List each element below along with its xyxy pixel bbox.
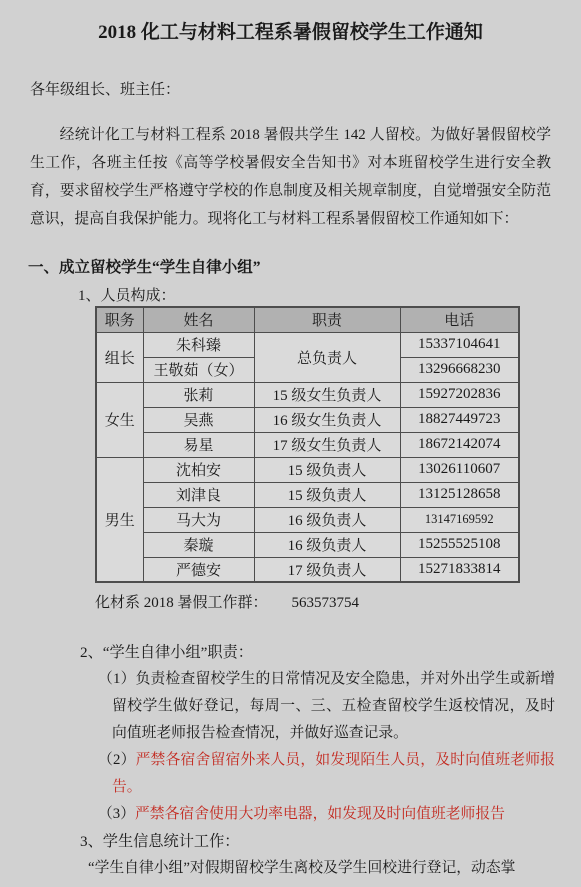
duty-item-2-number: （2） — [98, 752, 136, 768]
table-row: 吴燕 16 级女生负责人 18827449723 — [96, 407, 519, 432]
section1-heading: 一、成立留校学生“学生自律小组” — [28, 257, 553, 278]
cell-duty: 17 级女生负责人 — [254, 432, 400, 457]
cell-duty: 15 级负责人 — [254, 482, 400, 507]
cell-name: 张莉 — [143, 382, 254, 407]
personnel-table: 职务 姓名 职责 电话 组长 朱科臻 总负责人 15337104641 王敬茹（… — [95, 306, 520, 583]
section2-heading: 2、“学生自律小组”职责： — [80, 639, 581, 666]
cell-role: 组长 — [96, 332, 143, 382]
cell-phone: 15337104641 — [400, 332, 519, 357]
duty-item-1-number: （1） — [98, 671, 136, 687]
cell-phone: 13026110607 — [400, 457, 519, 482]
cell-name: 朱科臻 — [143, 332, 254, 357]
section3-heading: 3、学生信息统计工作： — [80, 828, 581, 855]
table-row: 马大为 16 级负责人 13147169592 — [96, 507, 519, 532]
table-row: 男生 沈柏安 15 级负责人 13026110607 — [96, 457, 519, 482]
intro-paragraph: 经统计化工与材料工程系 2018 暑假共学生 142 人留校。为做好暑假留校学生… — [30, 121, 551, 233]
duty-item-2: （2）严禁各宿舍留宿外来人员，如发现陌生人员，及时向值班老师报告。 — [112, 747, 555, 801]
cell-phone: 18827449723 — [400, 407, 519, 432]
cell-duty: 15 级负责人 — [254, 457, 400, 482]
qq-group-number: 563573754 — [292, 595, 360, 611]
duty-item-1-text: 负责检查留校学生的日常情况及安全隐患，并对外出学生或新增留校学生做好登记，每周一… — [112, 671, 555, 741]
cell-phone: 13296668230 — [400, 357, 519, 382]
table-row: 女生 张莉 15 级女生负责人 15927202836 — [96, 382, 519, 407]
table-row: 刘津良 15 级负责人 13125128658 — [96, 482, 519, 507]
cell-phone: 18672142074 — [400, 432, 519, 457]
table-row: 组长 朱科臻 总负责人 15337104641 — [96, 332, 519, 357]
personnel-label: 1、人员构成： — [78, 286, 581, 306]
duty-item-3-text: 严禁各宿舍使用大功率电器，如发现及时向值班老师报告 — [135, 806, 505, 822]
cell-role: 男生 — [96, 457, 143, 582]
greeting-line: 各年级组长、班主任： — [30, 81, 551, 99]
col-header-phone: 电话 — [400, 307, 519, 332]
cell-name: 马大为 — [143, 507, 254, 532]
duty-item-3-number: （3） — [98, 806, 135, 822]
cell-duty: 16 级负责人 — [254, 532, 400, 557]
qq-group-label: 化材系 2018 暑假工作群： — [95, 595, 268, 611]
cell-duty: 16 级女生负责人 — [254, 407, 400, 432]
cell-phone: 13147169592 — [400, 507, 519, 532]
cell-name: 严德安 — [143, 557, 254, 582]
section3-body: “学生自律小组”对假期留校学生离校及学生回校进行登记，动态掌 — [30, 855, 551, 882]
table-row: 严德安 17 级负责人 15271833814 — [96, 557, 519, 582]
col-header-role: 职务 — [96, 307, 143, 332]
table-row: 易星 17 级女生负责人 18672142074 — [96, 432, 519, 457]
cell-duty: 16 级负责人 — [254, 507, 400, 532]
page-title: 2018 化工与材料工程系暑假留校学生工作通知 — [0, 0, 581, 44]
cell-phone: 15255525108 — [400, 532, 519, 557]
table-row: 秦璇 16 级负责人 15255525108 — [96, 532, 519, 557]
qq-group-line: 化材系 2018 暑假工作群：563573754 — [95, 593, 581, 613]
cell-name: 秦璇 — [143, 532, 254, 557]
cell-duty: 15 级女生负责人 — [254, 382, 400, 407]
cell-phone: 15271833814 — [400, 557, 519, 582]
cell-name: 王敬茹（女） — [143, 357, 254, 382]
col-header-duty: 职责 — [254, 307, 400, 332]
cell-phone: 15927202836 — [400, 382, 519, 407]
document-page: 2018 化工与材料工程系暑假留校学生工作通知 各年级组长、班主任： 经统计化工… — [0, 0, 581, 887]
duty-item-3: （3）严禁各宿舍使用大功率电器，如发现及时向值班老师报告 — [112, 801, 555, 828]
col-header-name: 姓名 — [143, 307, 254, 332]
duty-item-2-text: 严禁各宿舍留宿外来人员，如发现陌生人员，及时向值班老师报告。 — [112, 752, 555, 795]
duty-item-1: （1）负责检查留校学生的日常情况及安全隐患，并对外出学生或新增留校学生做好登记，… — [112, 666, 555, 747]
cell-name: 沈柏安 — [143, 457, 254, 482]
cell-name: 刘津良 — [143, 482, 254, 507]
cell-name: 易星 — [143, 432, 254, 457]
cell-duty: 17 级负责人 — [254, 557, 400, 582]
cell-name: 吴燕 — [143, 407, 254, 432]
cell-duty: 总负责人 — [254, 332, 400, 382]
table-header-row: 职务 姓名 职责 电话 — [96, 307, 519, 332]
cell-role: 女生 — [96, 382, 143, 457]
cell-phone: 13125128658 — [400, 482, 519, 507]
